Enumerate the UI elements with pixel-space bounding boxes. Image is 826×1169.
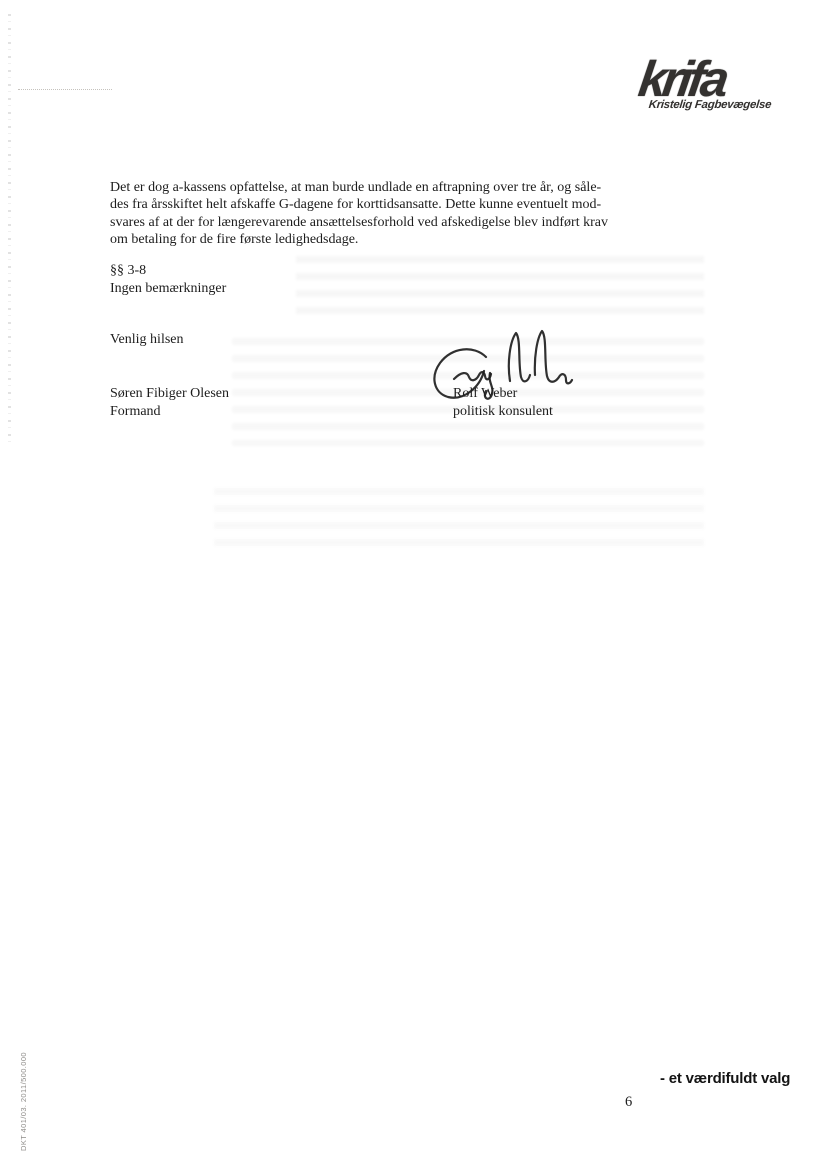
letter-body: Det er dog a-kassens opfattelse, at man … xyxy=(110,179,608,248)
closing-salutation: Venlig hilsen xyxy=(110,332,184,348)
signer-left: Søren Fibiger Olesen Formand xyxy=(110,385,229,420)
section-remark: §§ 3-8 Ingen bemærkninger xyxy=(110,262,226,298)
signer-title: politisk konsulent xyxy=(453,403,553,421)
krifa-logo: krifa Kristelig Fagbevægelse xyxy=(636,56,796,111)
scan-edge-artifact xyxy=(8,14,11,446)
page-number: 6 xyxy=(625,1094,632,1111)
footer-slogan: - et værdifuldt valg xyxy=(660,1070,790,1087)
signer-title: Formand xyxy=(110,403,229,421)
krifa-logo-tagline: Kristelig Fagbevægelse xyxy=(636,99,797,111)
signer-name: Rolf Weber xyxy=(453,385,553,403)
body-line: svares af at der for længerevarende ansæ… xyxy=(110,214,608,231)
krifa-logo-wordmark: krifa xyxy=(636,56,802,102)
scanned-letter-page: krifa Kristelig Fagbevægelse Det er dog … xyxy=(0,0,826,1169)
body-line: om betaling for de fire første ledigheds… xyxy=(110,231,608,248)
signer-name: Søren Fibiger Olesen xyxy=(110,385,229,403)
body-line: des fra årsskiftet helt afskaffe G-dagen… xyxy=(110,196,608,213)
section-note: Ingen bemærkninger xyxy=(110,280,226,298)
signer-right: Rolf Weber politisk konsulent xyxy=(453,385,553,420)
bleed-through-artifact xyxy=(214,488,704,554)
body-line: Det er dog a-kassens opfattelse, at man … xyxy=(110,179,608,196)
bleed-through-artifact xyxy=(296,256,704,322)
scan-dotted-line-artifact xyxy=(18,89,112,90)
section-heading: §§ 3-8 xyxy=(110,262,226,280)
print-code: DKT 401/03. 2011/500.000 xyxy=(19,1052,28,1151)
